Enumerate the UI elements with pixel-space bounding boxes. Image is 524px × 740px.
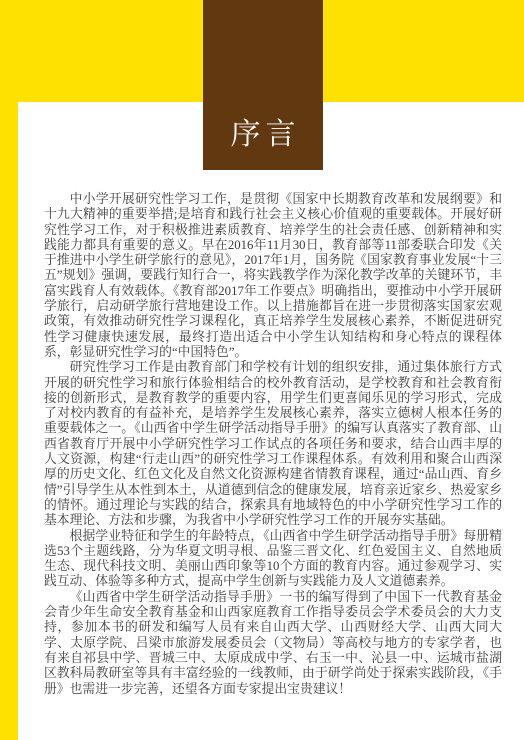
preface-paragraph-4: 《山西省中学生研学活动指导手册》一书的编写得到了中国下一代教育基金会青少年生命安… bbox=[44, 590, 502, 697]
preface-title-box: 序言 bbox=[203, 0, 323, 170]
page-title: 序言 bbox=[231, 120, 301, 150]
preface-paragraph-3: 根据学业特征和学生的年龄特点，《山西省中学生研学活动指导手册》每册精选53个主题… bbox=[44, 529, 502, 590]
preface-paragraph-1: 中小学开展研究性学习工作，是贯彻《国家中长期教育改革和发展纲要》和十九大精神的重… bbox=[44, 192, 502, 360]
yellow-left-strip bbox=[0, 0, 18, 740]
preface-page: 中小学开展研究性学习工作，是贯彻《国家中长期教育改革和发展纲要》和十九大精神的重… bbox=[0, 0, 524, 740]
preface-paragraph-2: 研究性学习工作是由教育部门和学校有计划的组织安排，通过集体旅行方式开展的研究性学… bbox=[44, 360, 502, 528]
preface-body: 中小学开展研究性学习工作，是贯彻《国家中长期教育改革和发展纲要》和十九大精神的重… bbox=[44, 192, 502, 697]
content-page: 中小学开展研究性学习工作，是贯彻《国家中长期教育改革和发展纲要》和十九大精神的重… bbox=[18, 102, 524, 740]
